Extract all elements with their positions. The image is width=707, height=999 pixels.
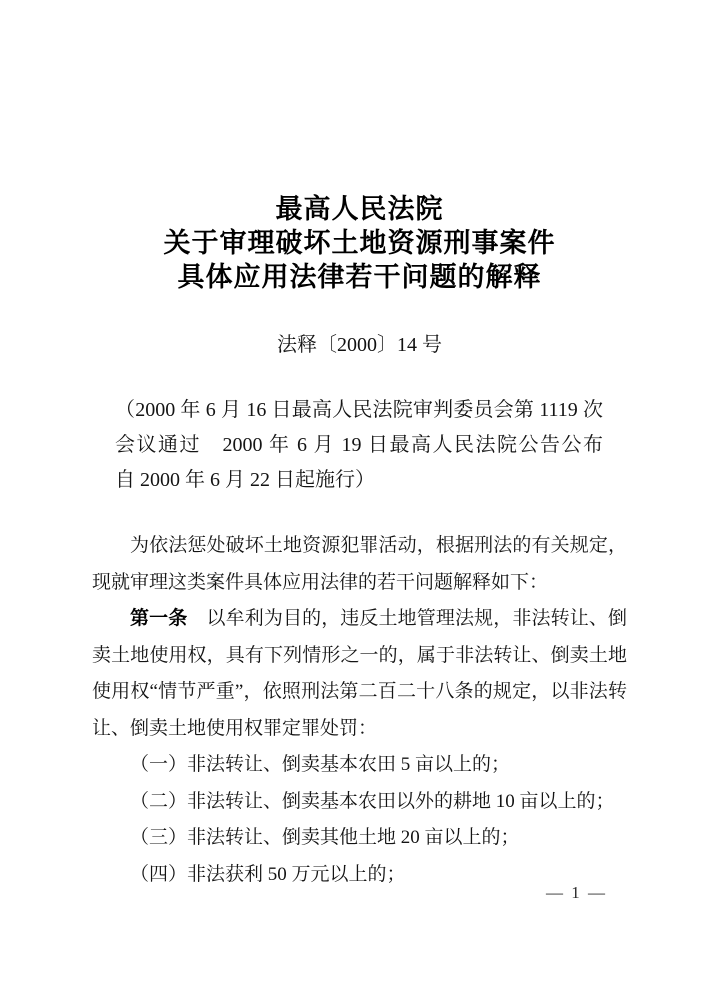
document-number: 法释〔2000〕14 号 <box>92 331 627 359</box>
article-1-line: 使用权“情节严重”，依照刑法第二百二十八条的规定，以非法转 <box>92 674 627 711</box>
document-page: 最高人民法院 关于审理破坏土地资源刑事案件 具体应用法律若干问题的解释 法释〔2… <box>0 0 707 999</box>
page-number: — 1 — <box>546 882 607 904</box>
promulgation-note: （2000 年 6 月 16 日最高人民法院审判委员会第 1119 次 会议通过… <box>115 393 603 498</box>
article-1-line: 卖土地使用权，具有下列情形之一的，属于非法转让、倒卖土地 <box>92 638 627 675</box>
promulgation-line: 会议通过 2000 年 6 月 19 日最高人民法院公告公布 <box>115 428 603 463</box>
list-item-3: （三）非法转让、倒卖其他土地 20 亩以上的； <box>92 820 627 857</box>
article-1-number: 第一条 <box>130 608 187 629</box>
document-body: 为依法惩处破坏土地资源犯罪活动，根据刑法的有关规定， 现就审理这类案件具体应用法… <box>92 528 627 893</box>
title-line-interpretation: 具体应用法律若干问题的解释 <box>92 260 627 294</box>
preamble-line: 为依法惩处破坏土地资源犯罪活动，根据刑法的有关规定， <box>92 528 627 565</box>
article-1-opening-line: 第一条 以牟利为目的，违反土地管理法规，非法转让、倒 <box>92 601 627 638</box>
article-1-text: 以牟利为目的，违反土地管理法规，非法转让、倒 <box>187 608 627 629</box>
list-item-1: （一）非法转让、倒卖基本农田 5 亩以上的； <box>92 747 627 784</box>
title-line-court: 最高人民法院 <box>92 192 627 226</box>
preamble-line: 现就审理这类案件具体应用法律的若干问题解释如下： <box>92 565 627 602</box>
list-item-2: （二）非法转让、倒卖基本农田以外的耕地 10 亩以上的； <box>92 784 627 821</box>
article-1-line: 让、倒卖土地使用权罪定罪处罚： <box>92 711 627 748</box>
promulgation-line: 自 2000 年 6 月 22 日起施行） <box>115 463 603 498</box>
document-title: 最高人民法院 关于审理破坏土地资源刑事案件 具体应用法律若干问题的解释 <box>92 192 627 294</box>
promulgation-line: （2000 年 6 月 16 日最高人民法院审判委员会第 1119 次 <box>115 393 603 428</box>
title-line-subject: 关于审理破坏土地资源刑事案件 <box>92 226 627 260</box>
